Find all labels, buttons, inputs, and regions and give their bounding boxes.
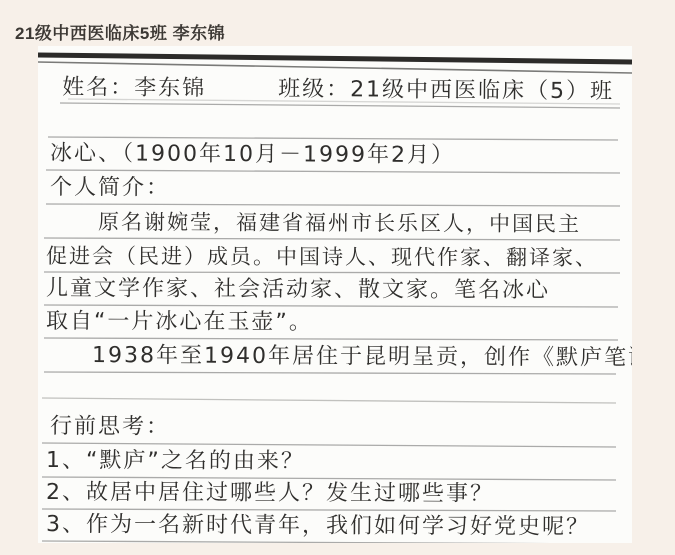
handwritten-line-bio-1: 原名谢婉莹，福建省福州市长乐区人，中国民主 xyxy=(98,207,581,239)
handwritten-line-bio-3: 儿童文学作家、社会活动家、散文家。笔名冰心 xyxy=(46,274,550,306)
handwritten-line-name-class: 姓名：李东锦 班级：21级中西医临床（5）班 xyxy=(62,73,614,107)
handwritten-line-bingxin-dates: 冰心、（1900年10月－1999年2月） xyxy=(50,139,455,171)
handwritten-line-question-2: 2、故居中居住过哪些人？发生过哪些事？ xyxy=(46,478,494,510)
handwritten-line-bio-4: 取自“一片冰心在玉壶”。 xyxy=(46,307,313,338)
paper-top-edge-thin xyxy=(38,62,632,73)
handwritten-line-question-1: 1、“默庐”之名的由来？ xyxy=(46,446,305,477)
handwritten-line-profile-heading: 个人简介： xyxy=(50,173,170,204)
page-title: 21级中西医临床5班 李东锦 xyxy=(15,19,225,44)
handwritten-line-questions-heading: 行前思考： xyxy=(50,412,170,443)
handwritten-line-bio-2: 促进会（民进）成员。中国诗人、现代作家、翻译家、 xyxy=(46,241,598,273)
paper-top-edge xyxy=(38,55,632,62)
page: 21级中西医临床5班 李东锦 xyxy=(0,0,675,555)
handwritten-line-1938: 1938年至1940年居住于昆明呈贡，创作《默庐笔试 xyxy=(92,341,632,374)
notebook-photo: 姓名：李东锦 班级：21级中西医临床（5）班 冰心、（1900年10月－1999… xyxy=(38,46,632,543)
handwritten-line-question-3: 3、作为一名新时代青年，我们如何学习好党史呢？ xyxy=(46,510,590,543)
